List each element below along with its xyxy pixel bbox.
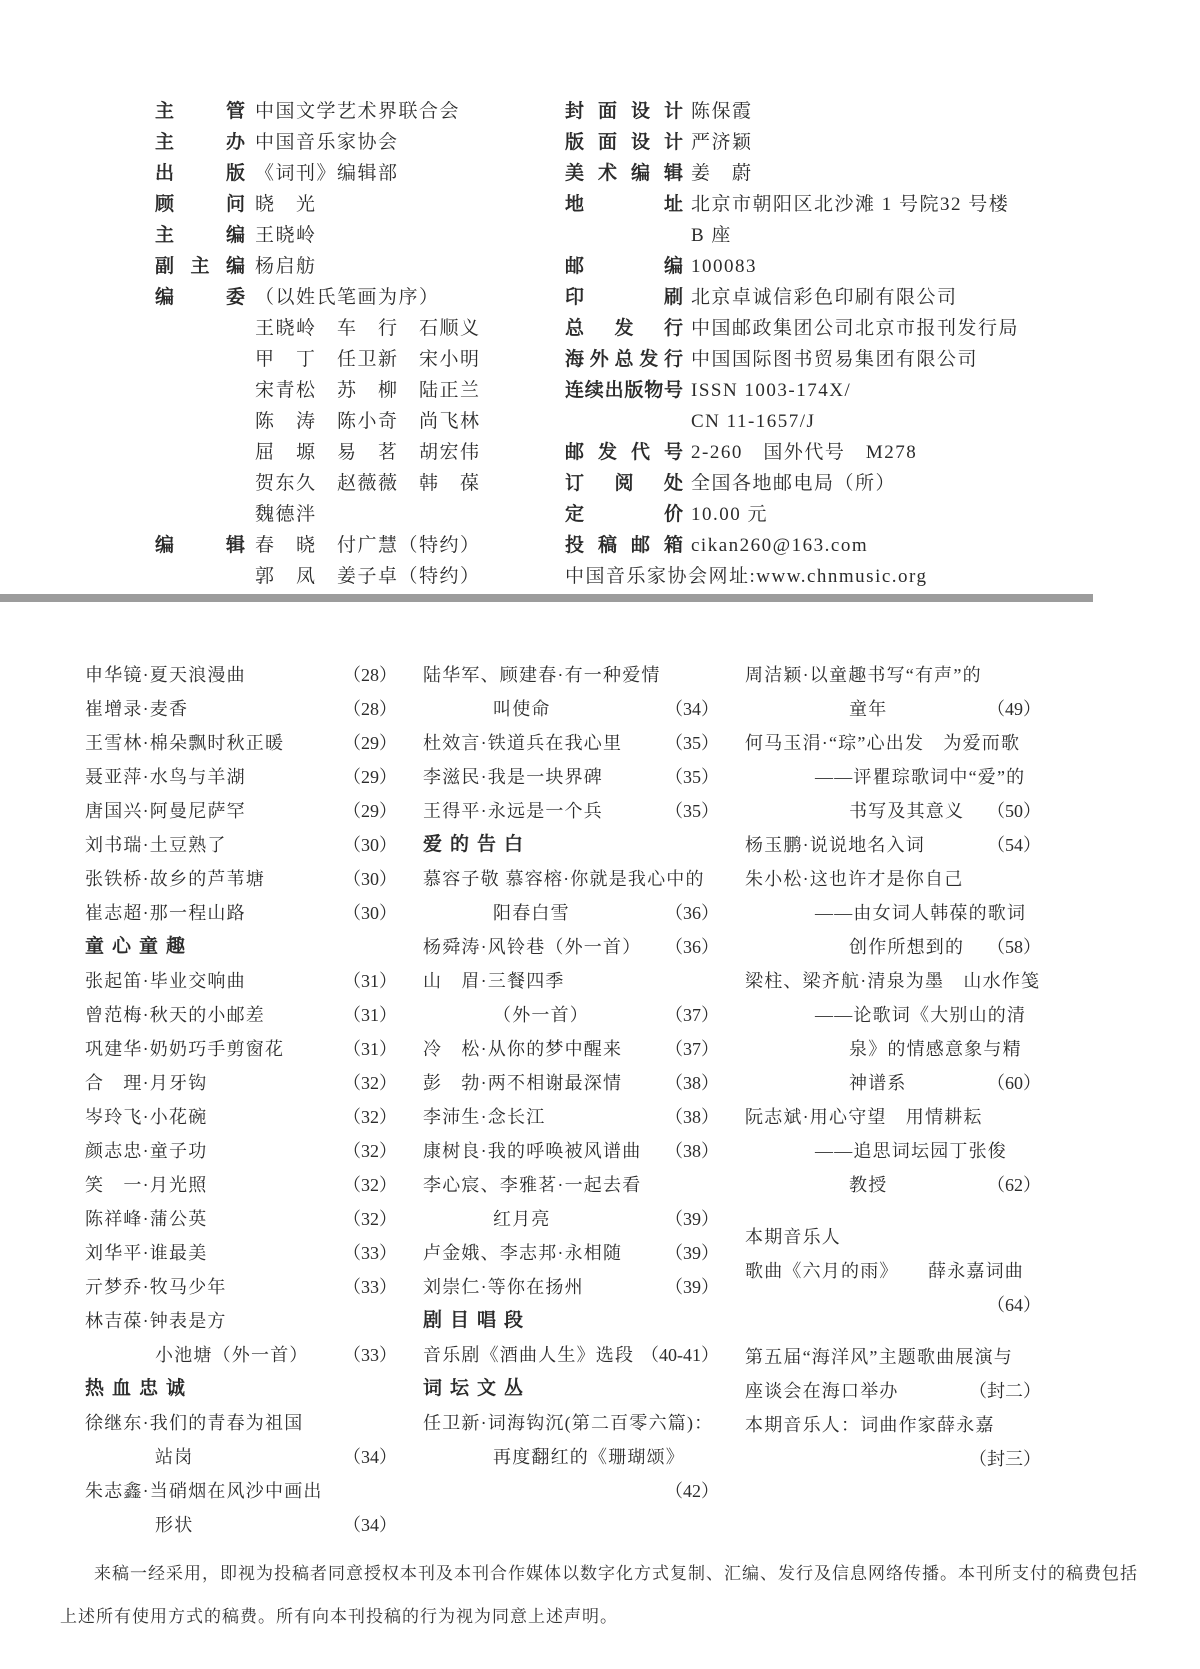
toc-row: 站岗 （34）	[85, 1440, 397, 1474]
toc-entry-text: 爱的告白	[423, 828, 531, 862]
toc-entry-text: 再度翻红的《珊瑚颂》	[423, 1440, 685, 1474]
masthead-field-value: 中国音乐家协会	[255, 127, 399, 158]
website-text: 中国音乐家协会网址:www.chnmusic.org	[565, 561, 928, 592]
toc-page-number: （31）	[343, 1032, 397, 1066]
toc-row: 卢金娥、李志邦·永相随 （39）	[423, 1236, 719, 1270]
toc-entry-text: 亓梦乔·牧马少年	[85, 1270, 227, 1304]
toc-page-number: （32）	[343, 1168, 397, 1202]
masthead-field-label: 连续出版物号	[565, 375, 683, 406]
toc-row: 泉》的情感意象与精	[745, 1032, 1041, 1066]
toc-row: 任卫新·词海钩沉(第二百零六篇)：	[423, 1406, 719, 1440]
toc-entry-text: 崔增录·麦香	[85, 692, 188, 726]
toc-page-number: （54）	[987, 828, 1041, 862]
toc-row: 刘华平·谁最美 （33）	[85, 1236, 397, 1270]
toc-row: ——追思词坛园丁张俊	[745, 1134, 1041, 1168]
toc-entry-text: 朱小松·这也许才是你自己	[745, 862, 963, 896]
toc-entry-text: 站岗	[85, 1440, 193, 1474]
toc-entry-text: 泉》的情感意象与精	[745, 1032, 1022, 1066]
toc-entry-text: 形状	[85, 1508, 193, 1542]
toc-row: 王雪林·棉朵飘时秋正暖 （29）	[85, 726, 397, 760]
toc-row: 崔志超·那一程山路 （30）	[85, 896, 397, 930]
toc-entry-text: ——评瞿琮歌词中“爱”的	[745, 760, 1025, 794]
toc-entry-text: 书写及其意义	[745, 794, 964, 828]
toc-page-number: （31）	[343, 998, 397, 1032]
toc-entry-text: 崔志超·那一程山路	[85, 896, 246, 930]
toc-page-number: （34）	[343, 1508, 397, 1542]
masthead-row: 顾问 晓 光	[155, 189, 565, 220]
association-website: 中国音乐家协会网址:www.chnmusic.org	[565, 561, 1125, 592]
toc-page-number: （32）	[343, 1202, 397, 1236]
toc-entry-text: 合 理·月牙钩	[85, 1066, 207, 1100]
toc-page-number: （42）	[665, 1474, 719, 1508]
masthead-field-label: 出版	[155, 158, 245, 189]
masthead-field-label: 投稿邮箱	[565, 530, 683, 561]
toc-entry-text: （外一首）	[423, 998, 589, 1032]
masthead-field-value: cikan260@163.com	[691, 530, 868, 561]
toc-row: 陆华军、顾建春·有一种爱情	[423, 658, 719, 692]
toc-page-number: （31）	[343, 964, 397, 998]
toc-row: 刘崇仁·等你在扬州 （39）	[423, 1270, 719, 1304]
masthead-row: 地址 北京市朝阳区北沙滩 1 号院32 号楼	[565, 189, 1125, 220]
toc-row: 音乐剧《酒曲人生》选段 （40-41）	[423, 1338, 719, 1372]
toc-page-number: （30）	[343, 896, 397, 930]
masthead-row: 主管 中国文学艺术界联合会	[155, 96, 565, 127]
toc-page-number: （64）	[987, 1288, 1041, 1322]
masthead-field-value: 北京卓诚信彩色印刷有限公司	[691, 282, 958, 313]
masthead-row: 版面设计 严济颖	[565, 127, 1125, 158]
toc-entry-text: 王得平·永远是一个兵	[423, 794, 603, 828]
masthead-field-label: 订阅处	[565, 468, 683, 499]
toc-page-number: （30）	[343, 862, 397, 896]
toc-page-number: （34）	[343, 1440, 397, 1474]
toc-row: 形状 （34）	[85, 1508, 397, 1542]
masthead-field-label: 总发行	[565, 313, 683, 344]
toc-row: 红月亮 （39）	[423, 1202, 719, 1236]
masthead-field-label: 定价	[565, 499, 683, 530]
toc-entry-text: 林吉葆·钟表是方	[85, 1304, 227, 1338]
masthead-row: 屈 塬 易 茗 胡宏伟	[155, 437, 565, 468]
toc-page-number: （35）	[665, 760, 719, 794]
toc-entry-text: 李心宸、李雅茗·一起去看	[423, 1168, 641, 1202]
masthead-row: 海外总发行 中国国际图书贸易集团有限公司	[565, 344, 1125, 375]
masthead-field-value: 屈 塬 易 茗 胡宏伟	[255, 437, 481, 468]
toc-row: 叫使命 （34）	[423, 692, 719, 726]
masthead-field-value: 魏德泮	[255, 499, 317, 530]
toc-page-number: （60）	[987, 1066, 1041, 1100]
toc-row: 杨玉鹏·说说地名入词 （54）	[745, 828, 1041, 862]
masthead-row: 主办 中国音乐家协会	[155, 127, 565, 158]
toc-row: 亓梦乔·牧马少年 （33）	[85, 1270, 397, 1304]
masthead-field-value: 100083	[691, 251, 757, 282]
toc-entry-text: 山 眉·三餐四季	[423, 964, 565, 998]
masthead-row: 封面设计 陈保霞	[565, 96, 1125, 127]
toc-entry-text: 红月亮	[423, 1202, 551, 1236]
masthead-field-value: 甲 丁 任卫新 宋小明	[255, 344, 481, 375]
masthead-field-value: 《词刊》编辑部	[255, 158, 399, 189]
toc-entry-text: 巩建华·奶奶巧手剪窗花	[85, 1032, 284, 1066]
toc-page-number: （62）	[987, 1168, 1041, 1202]
toc-row: 小池塘（外一首） （33）	[85, 1338, 397, 1372]
masthead-field-value: 杨启舫	[255, 251, 317, 282]
toc-entry-text: ——追思词坛园丁张俊	[745, 1134, 1007, 1168]
masthead-row: 出版 《词刊》编辑部	[155, 158, 565, 189]
toc-page-number: （32）	[343, 1134, 397, 1168]
masthead-row: 邮编 100083	[565, 251, 1125, 282]
toc-row: ——评瞿琮歌词中“爱”的	[745, 760, 1041, 794]
toc-entry-text: 任卫新·词海钩沉(第二百零六篇)：	[423, 1406, 713, 1440]
toc-page-number: （39）	[665, 1236, 719, 1270]
toc-entry-text: 李沛生·念长江	[423, 1100, 545, 1134]
masthead-row: 连续出版物号 ISSN 1003-174X/	[565, 375, 1125, 406]
toc-entry-text: 张铁桥·故乡的芦苇塘	[85, 862, 265, 896]
toc-page-number: （30）	[343, 828, 397, 862]
toc-row: 神谱系 （60）	[745, 1066, 1041, 1100]
toc-entry-text: 彭 勃·两不相谢最深情	[423, 1066, 622, 1100]
toc-entry-text: 笑 一·月光照	[85, 1168, 207, 1202]
toc-row: 童心童趣	[85, 930, 397, 964]
toc-row: 彭 勃·两不相谢最深情 （38）	[423, 1066, 719, 1100]
toc-entry-text: ——论歌词《大别山的清	[745, 998, 1026, 1032]
masthead-field-label: 编委	[155, 282, 245, 313]
toc-page-number: （58）	[987, 930, 1041, 964]
masthead-field-value: B 座	[691, 220, 732, 251]
toc-entry-text: 杨舜涛·风铃巷（外一首）	[423, 930, 641, 964]
toc-page-number: （29）	[343, 794, 397, 828]
toc-page-number: （49）	[987, 692, 1041, 726]
toc-row: 本期音乐人：词曲作家薛永嘉	[745, 1408, 1041, 1442]
toc-page-number: （35）	[665, 794, 719, 828]
toc-entry-text: 康树良·我的呼唤被风谱曲	[423, 1134, 641, 1168]
masthead-row: 编委 （以姓氏笔画为序）	[155, 282, 565, 313]
toc-page-number: （38）	[665, 1100, 719, 1134]
toc-page-number: （封二）	[969, 1374, 1041, 1408]
masthead-field-label: 主管	[155, 96, 245, 127]
toc-row: 阮志斌·用心守望 用情耕耘	[745, 1100, 1041, 1134]
masthead-field-value: 全国各地邮电局（所）	[691, 468, 896, 499]
toc-row: 座谈会在海口举办 （封二）	[745, 1374, 1041, 1408]
toc-entry-text: 童心童趣	[85, 930, 193, 964]
toc-page-number: （34）	[665, 692, 719, 726]
toc-row: 唐国兴·阿曼尼萨罕 （29）	[85, 794, 397, 828]
toc-row: ——论歌词《大别山的清	[745, 998, 1041, 1032]
toc-entry-text: 阳春白雪	[423, 896, 570, 930]
toc-row: 曾范梅·秋天的小邮差 （31）	[85, 998, 397, 1032]
toc-row: 山 眉·三餐四季	[423, 964, 719, 998]
toc-entry-text: 徐继东·我们的青春为祖国	[85, 1406, 303, 1440]
toc-row: 热血忠诚	[85, 1372, 397, 1406]
masthead-row: 印刷 北京卓诚信彩色印刷有限公司	[565, 282, 1125, 313]
masthead-field-value: 2-260 国外代号 M278	[691, 437, 917, 468]
masthead-field-label: 印刷	[565, 282, 683, 313]
masthead-row: 美术编辑 姜 蔚	[565, 158, 1125, 189]
toc-entry-text: 刘书瑞·土豆熟了	[85, 828, 227, 862]
masthead-field-label: 邮编	[565, 251, 683, 282]
masthead-row: 王晓岭 车 行 石顺义	[155, 313, 565, 344]
toc-row: 聂亚萍·水鸟与羊湖 （29）	[85, 760, 397, 794]
toc-entry-text: 阮志斌·用心守望 用情耕耘	[745, 1100, 983, 1134]
toc-page-number: （32）	[343, 1100, 397, 1134]
toc-entry-text: 杜效言·铁道兵在我心里	[423, 726, 622, 760]
toc-row: 李沛生·念长江 （38）	[423, 1100, 719, 1134]
masthead-field-value: 10.00 元	[691, 499, 768, 530]
masthead-field-value: CN 11-1657/J	[691, 406, 815, 437]
masthead-row: 贺东久 赵薇薇 韩 葆	[155, 468, 565, 499]
masthead-field-value: 中国国际图书贸易集团有限公司	[691, 344, 978, 375]
toc-page-number: （39）	[665, 1270, 719, 1304]
toc-entry-text: 梁柱、梁齐航·清泉为墨 山水作笺	[745, 964, 1040, 998]
toc-entry-text: 杨玉鹏·说说地名入词	[745, 828, 925, 862]
masthead-field-label: 版面设计	[565, 127, 683, 158]
masthead-field-label: 编辑	[155, 530, 245, 561]
toc-row	[745, 1202, 1041, 1220]
toc-entry-text: 卢金娥、李志邦·永相随	[423, 1236, 622, 1270]
toc-page-number: （28）	[343, 658, 397, 692]
masthead-row: 副主编 杨启舫	[155, 251, 565, 282]
toc-entry-text: ——由女词人韩葆的歌词	[745, 896, 1026, 930]
toc-row: 第五届“海洋风”主题歌曲展演与	[745, 1340, 1041, 1374]
masthead-field-value: 中国邮政集团公司北京市报刊发行局	[691, 313, 1019, 344]
toc-row: 康树良·我的呼唤被风谱曲 （38）	[423, 1134, 719, 1168]
masthead-field-label: 副主编	[155, 251, 245, 282]
toc-entry-text: 教授	[745, 1168, 887, 1202]
toc-page-number: （28）	[343, 692, 397, 726]
toc-row: 童年 （49）	[745, 692, 1041, 726]
toc-row: 张铁桥·故乡的芦苇塘 （30）	[85, 862, 397, 896]
toc-row: 颜志忠·童子功 （32）	[85, 1134, 397, 1168]
masthead-row: 宋青松 苏 柳 陆正兰	[155, 375, 565, 406]
toc-entry-text: 音乐剧《酒曲人生》选段	[423, 1338, 634, 1372]
toc-column-3: 周洁颖·以童趣书写“有声”的 童年 （49） 何马玉涓·“琮”心出发 为爱而歌 …	[745, 658, 1041, 1476]
toc-entry-text: 颜志忠·童子功	[85, 1134, 207, 1168]
toc-entry-text: 岑玲飞·小花碗	[85, 1100, 207, 1134]
toc-page-number: （38）	[665, 1134, 719, 1168]
toc-row: 林吉葆·钟表是方	[85, 1304, 397, 1338]
toc-page-number: （35）	[665, 726, 719, 760]
toc-entry-text: 唐国兴·阿曼尼萨罕	[85, 794, 246, 828]
toc-row: （外一首） （37）	[423, 998, 719, 1032]
toc-entry-text: 冷 松·从你的梦中醒来	[423, 1032, 622, 1066]
toc-page-number: （39）	[665, 1202, 719, 1236]
toc-page-number: （38）	[665, 1066, 719, 1100]
toc-row: （封三）	[745, 1442, 1041, 1476]
toc-entry-text: 本期音乐人：词曲作家薛永嘉	[745, 1408, 995, 1442]
toc-row: 杜效言·铁道兵在我心里 （35）	[423, 726, 719, 760]
toc-entry-text: 慕容子敬 慕容榕·你就是我心中的	[423, 862, 705, 896]
toc-row: 剧目唱段	[423, 1304, 719, 1338]
toc-row: 创作所想到的 （58）	[745, 930, 1041, 964]
toc-entry-text: 张起笛·毕业交响曲	[85, 964, 246, 998]
toc-page-number: （37）	[665, 998, 719, 1032]
toc-row: 词坛文丛	[423, 1372, 719, 1406]
toc-entry-text: 刘华平·谁最美	[85, 1236, 207, 1270]
toc-row: （42）	[423, 1474, 719, 1508]
masthead-field-label: 邮发代号	[565, 437, 683, 468]
toc-row: 李心宸、李雅茗·一起去看	[423, 1168, 719, 1202]
masthead-field-label: 顾问	[155, 189, 245, 220]
masthead-row: 总发行 中国邮政集团公司北京市报刊发行局	[565, 313, 1125, 344]
masthead-left-column: 主管 中国文学艺术界联合会 主办 中国音乐家协会 出版 《词刊》编辑部 顾问 晓…	[155, 96, 565, 592]
toc-row: 笑 一·月光照 （32）	[85, 1168, 397, 1202]
toc-row: 慕容子敬 慕容榕·你就是我心中的	[423, 862, 719, 896]
toc-row: 朱小松·这也许才是你自己	[745, 862, 1041, 896]
toc-row: 爱的告白	[423, 828, 719, 862]
toc-entry-text: 曾范梅·秋天的小邮差	[85, 998, 265, 1032]
magazine-colophon-page: 主管 中国文学艺术界联合会 主办 中国音乐家协会 出版 《词刊》编辑部 顾问 晓…	[0, 0, 1200, 1669]
masthead-field-value: 北京市朝阳区北沙滩 1 号院32 号楼	[691, 189, 1009, 220]
masthead-field-value: 王晓岭	[255, 220, 317, 251]
toc-entry-text: 李滋民·我是一块界碑	[423, 760, 603, 794]
toc-row: ——由女词人韩葆的歌词	[745, 896, 1041, 930]
toc-page-number: （36）	[665, 896, 719, 930]
toc-row: 梁柱、梁齐航·清泉为墨 山水作笺	[745, 964, 1041, 998]
toc-entry-text: 王雪林·棉朵飘时秋正暖	[85, 726, 284, 760]
masthead-row: 陈 涛 陈小奇 尚飞林	[155, 406, 565, 437]
toc-page-number: （封三）	[969, 1442, 1041, 1476]
toc-row: 张起笛·毕业交响曲 （31）	[85, 964, 397, 998]
toc-entry-text: 本期音乐人	[745, 1220, 841, 1254]
masthead-field-value: 宋青松 苏 柳 陆正兰	[255, 375, 481, 406]
toc-row: 何马玉涓·“琮”心出发 为爱而歌	[745, 726, 1041, 760]
toc-entry-text: 申华镜·夏天浪漫曲	[85, 658, 246, 692]
masthead-field-label: 主办	[155, 127, 245, 158]
toc-row: 朱志鑫·当硝烟在风沙中画出	[85, 1474, 397, 1508]
masthead-row: 郭 凤 姜子卓（特约）	[155, 561, 565, 592]
toc-entry-text: 热血忠诚	[85, 1372, 193, 1406]
toc-entry-text: 歌曲《六月的雨》 薛永嘉词曲	[745, 1254, 1024, 1288]
masthead-field-value: 中国文学艺术界联合会	[255, 96, 460, 127]
masthead-field-label: 主编	[155, 220, 245, 251]
masthead-field-value: 贺东久 赵薇薇 韩 葆	[255, 468, 481, 499]
masthead-field-label: 海外总发行	[565, 344, 683, 375]
toc-row: 教授 （62）	[745, 1168, 1041, 1202]
toc-row: 杨舜涛·风铃巷（外一首） （36）	[423, 930, 719, 964]
masthead-field-label: 封面设计	[565, 96, 683, 127]
masthead-field-value: 陈保霞	[691, 96, 753, 127]
toc-entry-text: 座谈会在海口举办	[745, 1374, 899, 1408]
toc-page-number: （33）	[343, 1236, 397, 1270]
masthead-row: 投稿邮箱 cikan260@163.com	[565, 530, 1125, 561]
masthead-field-value: 姜 蔚	[691, 158, 753, 189]
masthead-row: 编辑 春 晓 付广慧（特约）	[155, 530, 565, 561]
toc-row: 歌曲《六月的雨》 薛永嘉词曲	[745, 1254, 1041, 1288]
masthead-row: 甲 丁 任卫新 宋小明	[155, 344, 565, 375]
masthead-field-value: ISSN 1003-174X/	[691, 375, 851, 406]
toc-entry-text: 朱志鑫·当硝烟在风沙中画出	[85, 1474, 323, 1508]
toc-row: 刘书瑞·土豆熟了 （30）	[85, 828, 397, 862]
toc-page-number: （33）	[343, 1338, 397, 1372]
toc-entry-text: 陆华军、顾建春·有一种爱情	[423, 658, 661, 692]
toc-row: 合 理·月牙钩 （32）	[85, 1066, 397, 1100]
toc-row: 书写及其意义 （50）	[745, 794, 1041, 828]
toc-row: （64）	[745, 1288, 1041, 1322]
toc-page-number: （32）	[343, 1066, 397, 1100]
masthead-row: CN 11-1657/J	[565, 406, 1125, 437]
toc-column-1: 申华镜·夏天浪漫曲 （28） 崔增录·麦香 （28） 王雪林·棉朵飘时秋正暖 （…	[85, 658, 397, 1542]
toc-entry-text: 小池塘（外一首）	[85, 1338, 309, 1372]
masthead: 主管 中国文学艺术界联合会 主办 中国音乐家协会 出版 《词刊》编辑部 顾问 晓…	[0, 0, 1200, 592]
toc-row: 阳春白雪 （36）	[423, 896, 719, 930]
masthead-right-column: 封面设计 陈保霞 版面设计 严济颖 美术编辑 姜 蔚 地址 北京市朝阳区北沙滩 …	[565, 96, 1125, 592]
masthead-row: 邮发代号 2-260 国外代号 M278	[565, 437, 1125, 468]
masthead-field-label: 地址	[565, 189, 683, 220]
masthead-field-value: 郭 凤 姜子卓（特约）	[255, 561, 481, 592]
toc-entry-text: 神谱系	[745, 1066, 907, 1100]
masthead-field-value: 王晓岭 车 行 石顺义	[255, 313, 481, 344]
toc-row: 徐继东·我们的青春为祖国	[85, 1406, 397, 1440]
toc-entry-text: 童年	[745, 692, 887, 726]
toc-row: 王得平·永远是一个兵 （35）	[423, 794, 719, 828]
toc-column-2: 陆华军、顾建春·有一种爱情 叫使命 （34） 杜效言·铁道兵在我心里 （35） …	[423, 658, 719, 1508]
masthead-row: 主编 王晓岭	[155, 220, 565, 251]
toc-row: 李滋民·我是一块界碑 （35）	[423, 760, 719, 794]
toc-page-number: （33）	[343, 1270, 397, 1304]
toc-row: 陈祥峰·蒲公英 （32）	[85, 1202, 397, 1236]
toc-row: 崔增录·麦香 （28）	[85, 692, 397, 726]
toc-row: 巩建华·奶奶巧手剪窗花 （31）	[85, 1032, 397, 1066]
submission-notice: 来稿一经采用，即视为投稿者同意授权本刊及本刊合作媒体以数字化方式复制、汇编、发行…	[60, 1552, 1145, 1639]
masthead-field-value: 陈 涛 陈小奇 尚飞林	[255, 406, 481, 437]
toc-page-number: （37）	[665, 1032, 719, 1066]
toc-entry-text: 陈祥峰·蒲公英	[85, 1202, 207, 1236]
toc-entry-text: 刘崇仁·等你在扬州	[423, 1270, 584, 1304]
toc-row: 岑玲飞·小花碗 （32）	[85, 1100, 397, 1134]
toc-page-number: （29）	[343, 760, 397, 794]
masthead-row: 订阅处 全国各地邮电局（所）	[565, 468, 1125, 499]
toc-row	[745, 1322, 1041, 1340]
toc-row: 申华镜·夏天浪漫曲 （28）	[85, 658, 397, 692]
masthead-field-value: 晓 光	[255, 189, 317, 220]
table-of-contents: 申华镜·夏天浪漫曲 （28） 崔增录·麦香 （28） 王雪林·棉朵飘时秋正暖 （…	[0, 602, 1200, 1542]
toc-entry-text: 周洁颖·以童趣书写“有声”的	[745, 658, 982, 692]
toc-page-number: （36）	[665, 930, 719, 964]
toc-page-number: （50）	[987, 794, 1041, 828]
toc-page-number: （29）	[343, 726, 397, 760]
toc-entry-text: 聂亚萍·水鸟与羊湖	[85, 760, 246, 794]
toc-page-number: （40-41）	[641, 1338, 719, 1372]
masthead-row: B 座	[565, 220, 1125, 251]
masthead-row: 定价 10.00 元	[565, 499, 1125, 530]
toc-entry-text: 词坛文丛	[423, 1372, 531, 1406]
toc-row: 冷 松·从你的梦中醒来 （37）	[423, 1032, 719, 1066]
toc-entry-text: 剧目唱段	[423, 1304, 531, 1338]
toc-entry-text: 叫使命	[423, 692, 551, 726]
masthead-field-value: （以姓氏笔画为序）	[255, 282, 440, 313]
masthead-field-value: 春 晓 付广慧（特约）	[255, 530, 481, 561]
masthead-field-value: 严济颖	[691, 127, 753, 158]
toc-entry-text: 第五届“海洋风”主题歌曲展演与	[745, 1340, 1013, 1374]
toc-entry-text: 创作所想到的	[745, 930, 964, 964]
masthead-row: 魏德泮	[155, 499, 565, 530]
notice-text: 来稿一经采用，即视为投稿者同意授权本刊及本刊合作媒体以数字化方式复制、汇编、发行…	[60, 1564, 1138, 1626]
toc-row: 再度翻红的《珊瑚颂》	[423, 1440, 719, 1474]
masthead-field-label: 美术编辑	[565, 158, 683, 189]
toc-entry-text: 何马玉涓·“琮”心出发 为爱而歌	[745, 726, 1020, 760]
toc-row: 本期音乐人	[745, 1220, 1041, 1254]
toc-row: 周洁颖·以童趣书写“有声”的	[745, 658, 1041, 692]
divider-bar	[0, 594, 1093, 602]
